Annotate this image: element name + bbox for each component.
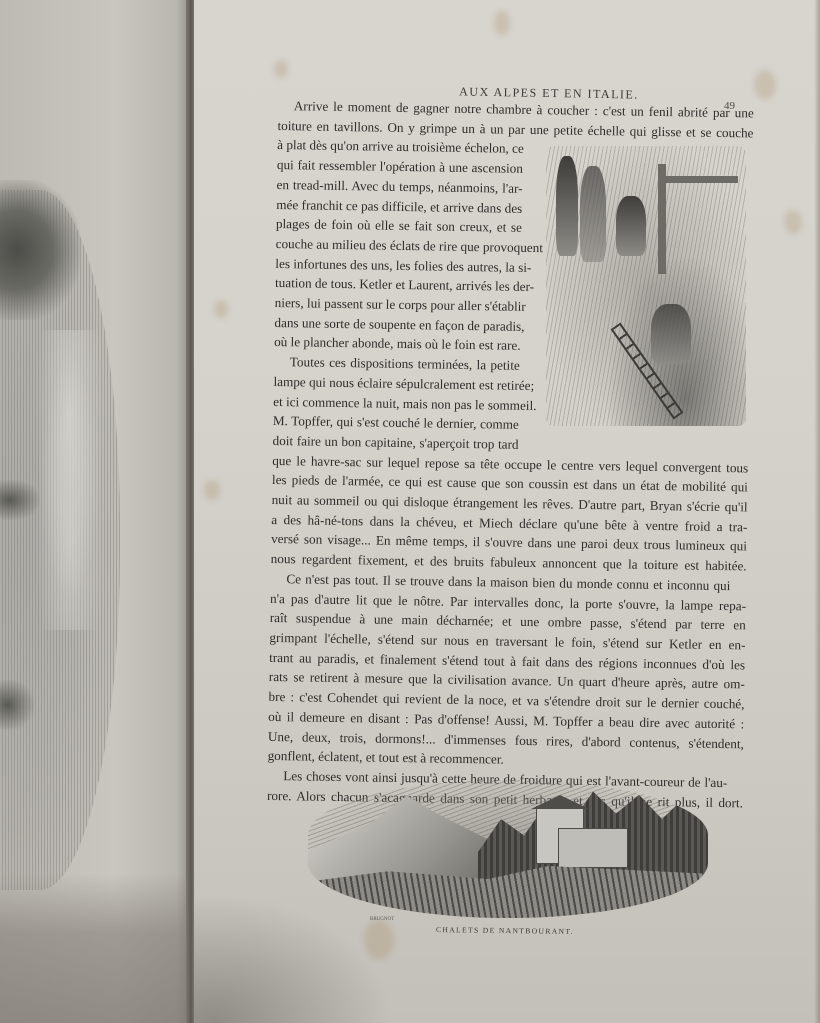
chalet — [558, 828, 628, 868]
body-text: Arrive le moment de gagner notre chambre… — [267, 96, 754, 813]
book-spread-photo: AUX ALPES ET EN ITALIE. 49 Arrive le mom… — [0, 0, 820, 1023]
foxing-stain — [274, 60, 288, 78]
rock-engraving — [0, 680, 34, 730]
page-edge — [814, 0, 820, 1023]
paragraph: Toutes ces dispositions terminées, la pe… — [271, 352, 750, 576]
shadow — [0, 873, 192, 1023]
foxing-stain — [214, 300, 228, 318]
clouds-engraving — [30, 330, 110, 630]
paragraph: Ce n'est pas tout. Il se trouve dans la … — [267, 569, 746, 773]
foxing-stain — [494, 10, 510, 36]
foxing-stain — [204, 480, 220, 500]
foxing-stain — [754, 70, 776, 100]
foxing-stain — [784, 210, 802, 234]
illustration-caption: CHALETS DE NANTBOURANT. — [436, 925, 574, 936]
paragraph: Arrive le moment de gagner notre chambre… — [274, 96, 754, 360]
shadow — [194, 893, 394, 1023]
right-page: AUX ALPES ET EN ITALIE. 49 Arrive le mom… — [194, 0, 820, 1023]
tree-engraving — [0, 180, 80, 320]
rock-engraving — [0, 480, 40, 520]
left-page — [0, 0, 192, 1023]
